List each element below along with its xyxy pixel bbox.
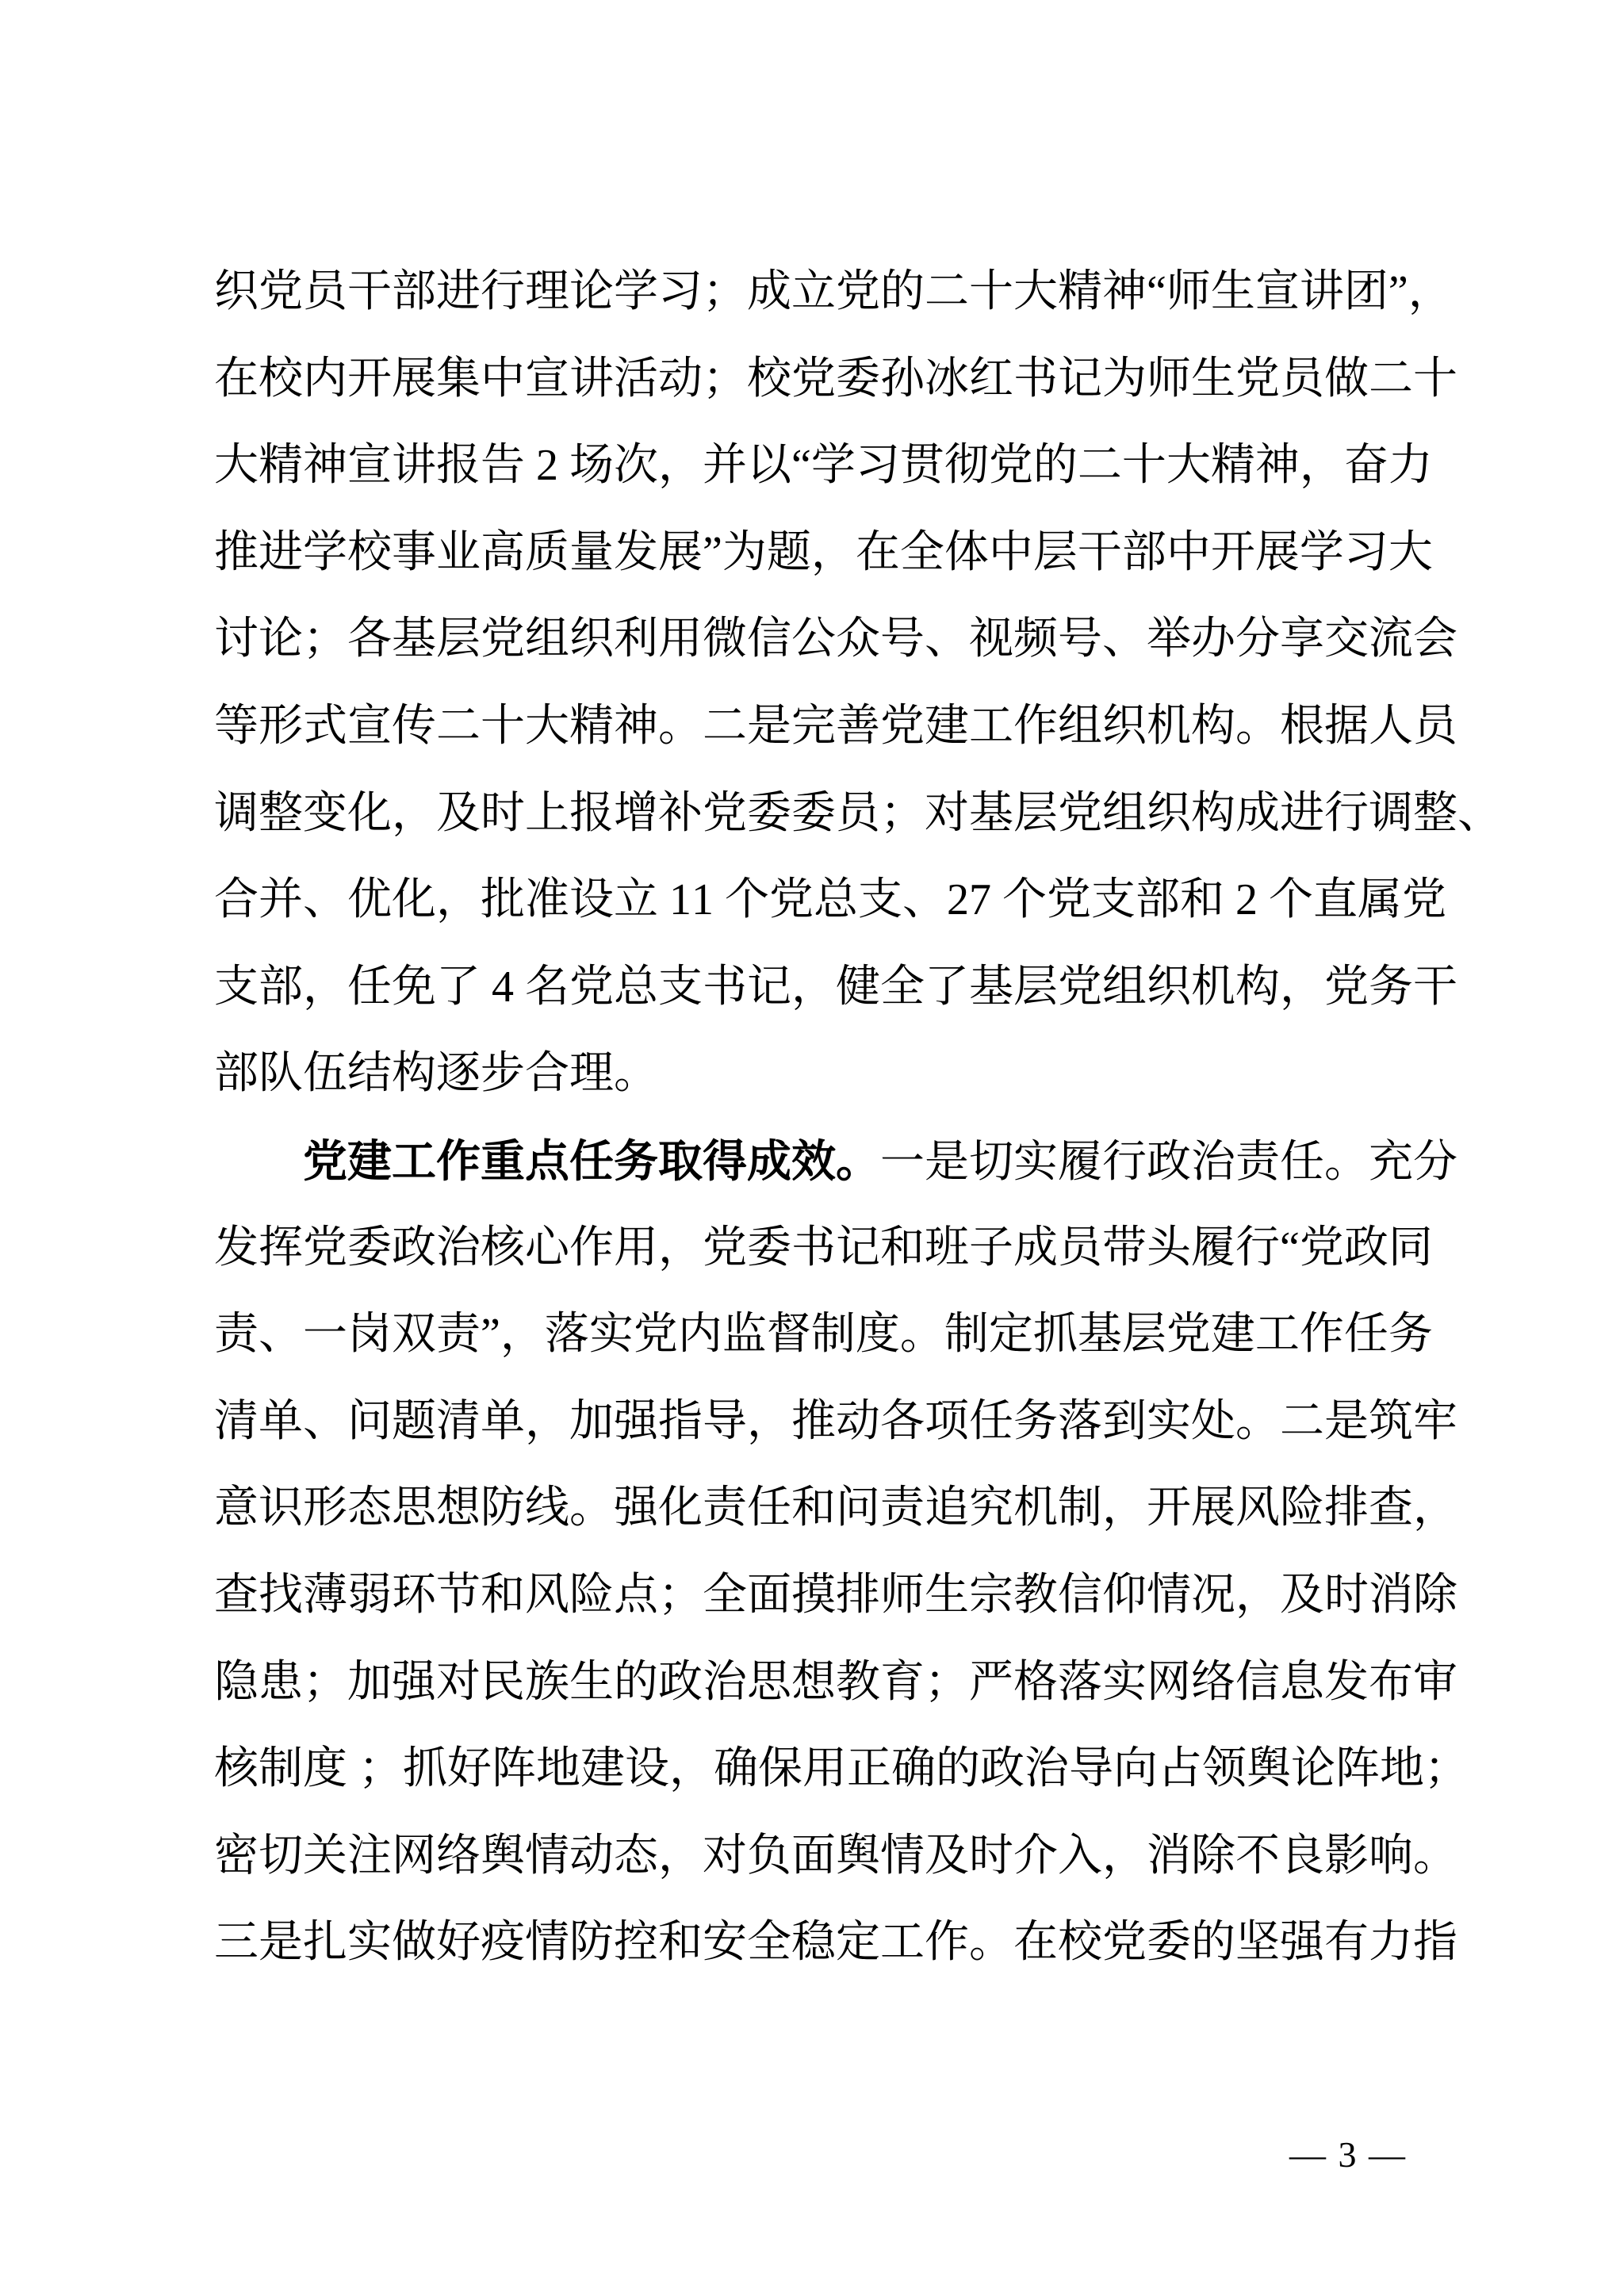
text-line-10: 部队伍结构逐步合理。 — [214, 1031, 1419, 1118]
text-line-2: 在校内开展集中宣讲活动；校党委孙冰红书记为师生党员做二十 — [214, 336, 1419, 423]
text-line-4: 推进学校事业高质量发展”为题，在全体中层干部中开展学习大 — [214, 510, 1419, 597]
document-body: 织党员干部进行理论学习；成立党的二十大精神“师生宣讲团”，在校内开展集中宣讲活动… — [214, 249, 1419, 1987]
text-line-5: 讨论；各基层党组织利用微信公众号、视频号、举办分享交流会 — [214, 596, 1419, 683]
text-line-12: 发挥党委政治核心作用，党委书记和班子成员带头履行“党政同 — [214, 1205, 1419, 1292]
text-line-13: 责、一岗双责”，落实党内监督制度。制定抓基层党建工作任务 — [214, 1291, 1419, 1379]
text-line-8: 合并、优化，批准设立 11 个党总支、27 个党支部和 2 个直属党 — [214, 857, 1419, 944]
text-line-20: 三是扎实做好疫情防控和安全稳定工作。在校党委的坚强有力指 — [214, 1900, 1419, 1987]
text-line-1: 织党员干部进行理论学习；成立党的二十大精神“师生宣讲团”， — [214, 249, 1419, 336]
text-line-6: 等形式宣传二十大精神。二是完善党建工作组织机构。根据人员 — [214, 683, 1419, 771]
text-line-3: 大精神宣讲报告 2 场次，并以“学习贯彻党的二十大精神，奋力 — [214, 423, 1419, 510]
text-line-14: 清单、问题清单，加强指导，推动各项任务落到实处。二是筑牢 — [214, 1379, 1419, 1466]
text-line-17: 隐患；加强对民族生的政治思想教育；严格落实网络信息发布审 — [214, 1640, 1419, 1727]
text-line-9: 支部，任免了 4 名党总支书记，健全了基层党组织机构，党务干 — [214, 944, 1419, 1031]
document-page: 织党员干部进行理论学习；成立党的二十大精神“师生宣讲团”，在校内开展集中宣讲活动… — [0, 0, 1624, 2296]
text-line-19: 密切关注网络舆情动态，对负面舆情及时介入，消除不良影响。 — [214, 1813, 1419, 1900]
page-number: — 3 — — [1261, 2133, 1435, 2177]
text-line-7: 调整变化，及时上报增补党委委员；对基层党组织构成进行调整、 — [214, 771, 1419, 858]
text-line-11: 党建工作重点任务取得成效。一是切实履行政治责任。充分 — [214, 1118, 1419, 1205]
text-line-18: 核制度 ；抓好阵地建设，确保用正确的政治导向占领舆论阵地； — [214, 1726, 1419, 1813]
text-line-15: 意识形态思想防线。强化责任和问责追究机制，开展风险排查， — [214, 1465, 1419, 1552]
text-line-16: 查找薄弱环节和风险点；全面摸排师生宗教信仰情况，及时消除 — [214, 1552, 1419, 1640]
